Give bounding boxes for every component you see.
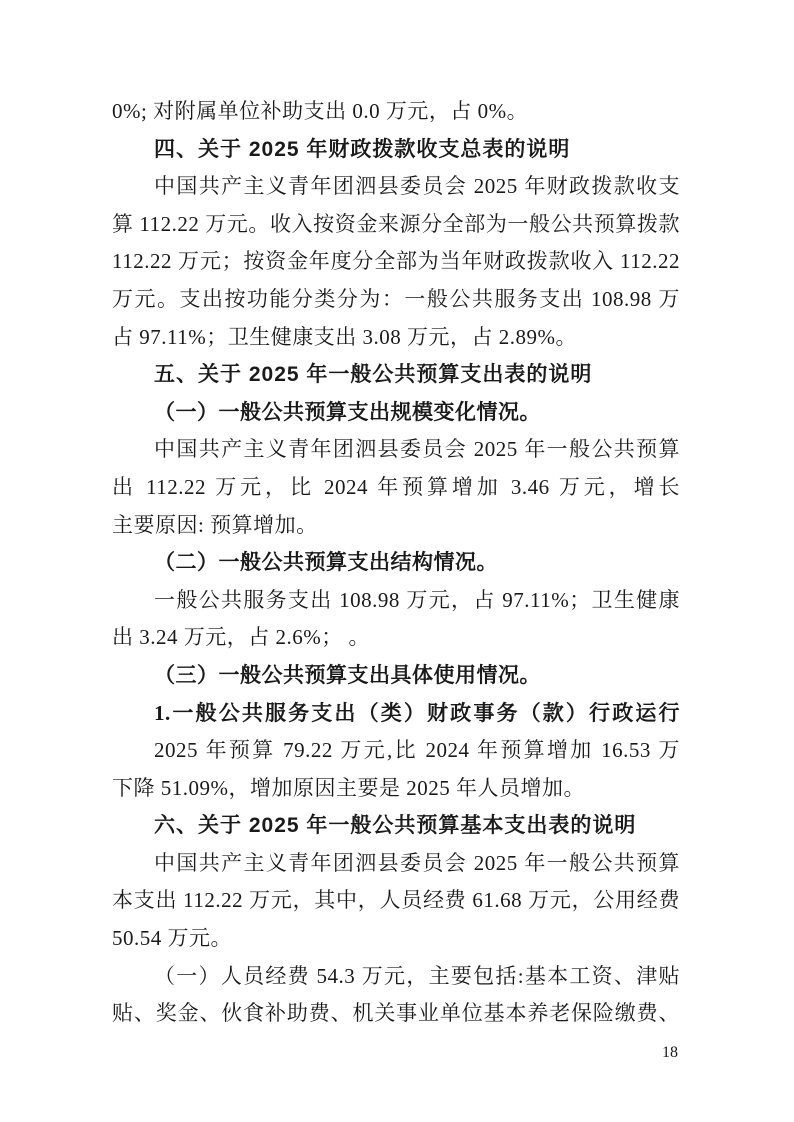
doc-line: 一般公共服务支出 108.98 万元，占 97.11%；卫生健康支 — [112, 582, 680, 620]
sub-heading: 1.一般公共服务支出（类）财政事务（款）行政运行（项） — [112, 695, 680, 733]
document-body: 0%; 对附属单位补助支出 0.0 万元，占 0%。 四、关于 2025 年财政… — [112, 93, 680, 1033]
sub-heading: （二）一般公共预算支出结构情况。 — [112, 544, 680, 582]
sub-heading: （一）一般公共预算支出规模变化情况。 — [112, 394, 680, 432]
doc-line: 出 112.22 万元，比 2024 年预算增加 3.46 万元，增长 3.2%… — [112, 469, 680, 507]
doc-line: 112.22 万元；按资金年度分全部为当年财政拨款收入 112.22 — [112, 243, 680, 281]
doc-line: 出 3.24 万元，占 2.6%； 。 — [112, 619, 680, 657]
doc-line: 50.54 万元。 — [112, 920, 680, 958]
doc-line: （一）人员经费 54.3 万元，主要包括:基本工资、津贴补 — [112, 958, 680, 996]
doc-line: 占 97.11%；卫生健康支出 3.08 万元，占 2.89%。 — [112, 319, 680, 357]
doc-line: 中国共产主义青年团泗县委员会 2025 年一般公共预算基 — [112, 845, 680, 883]
doc-line: 中国共产主义青年团泗县委员会 2025 年财政拨款收支预 — [112, 168, 680, 206]
doc-line: 中国共产主义青年团泗县委员会 2025 年一般公共预算支 — [112, 431, 680, 469]
doc-line: 贴、奖金、伙食补助费、机关事业单位基本养老保险缴费、职 — [112, 995, 680, 1033]
doc-line: 2025 年预算 79.22 万元,比 2024 年预算增加 16.53 万元， — [112, 732, 680, 770]
page-number: 18 — [662, 1044, 678, 1062]
doc-line: 算 112.22 万元。收入按资金来源分全部为一般公共预算拨款 — [112, 206, 680, 244]
section-heading: 四、关于 2025 年财政拨款收支总表的说明 — [112, 131, 680, 169]
doc-line: 下降 51.09%，增加原因主要是 2025 年人员增加。 — [112, 770, 680, 808]
doc-line: 0%; 对附属单位补助支出 0.0 万元，占 0%。 — [112, 93, 680, 131]
sub-heading: （三）一般公共预算支出具体使用情况。 — [112, 657, 680, 695]
section-heading: 六、关于 2025 年一般公共预算基本支出表的说明 — [112, 807, 680, 845]
section-heading: 五、关于 2025 年一般公共预算支出表的说明 — [112, 356, 680, 394]
doc-line: 主要原因: 预算增加。 — [112, 507, 680, 545]
document-page: 0%; 对附属单位补助支出 0.0 万元，占 0%。 四、关于 2025 年财政… — [0, 0, 794, 1122]
doc-line: 万元。支出按功能分类分为：一般公共服务支出 108.98 万元， — [112, 281, 680, 319]
doc-line: 本支出 112.22 万元，其中，人员经费 61.68 万元，公用经费 — [112, 882, 680, 920]
